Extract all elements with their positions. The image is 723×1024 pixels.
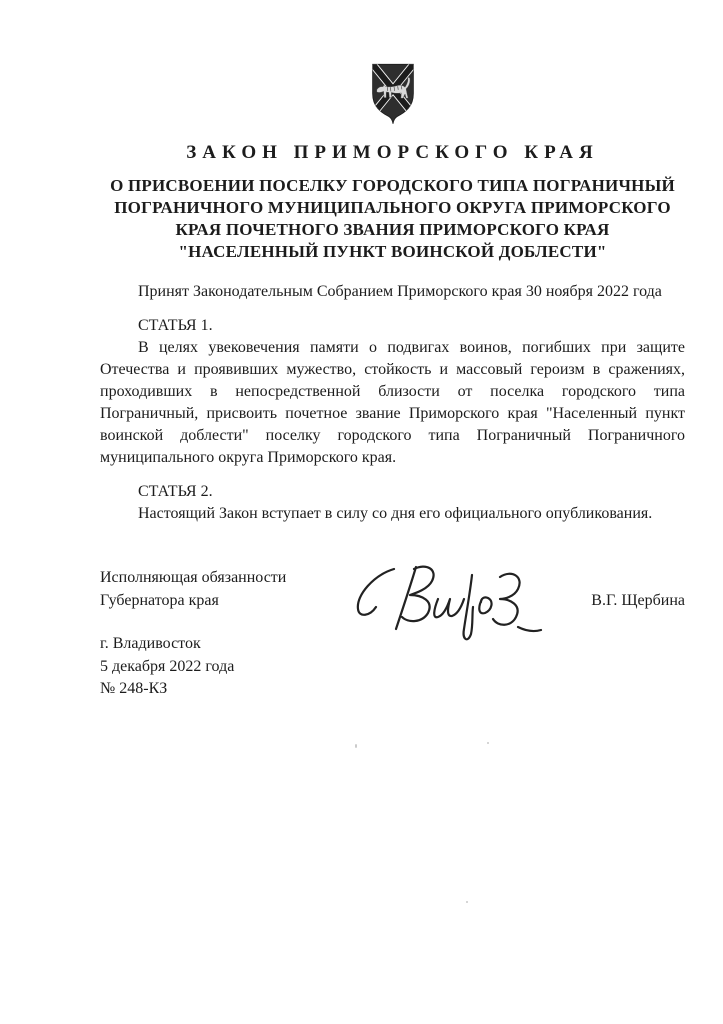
signer-position-line-1: Исполняющая обязанности [100, 566, 685, 589]
law-title: ЗАКОН ПРИМОРСКОГО КРАЯ [100, 142, 685, 164]
article-1-body: В целях увековечения памяти о подвигах в… [100, 337, 685, 469]
article-1-heading: СТАТЬЯ 1. [100, 315, 685, 337]
adoption-paragraph: Принят Законодательным Собранием Приморс… [100, 281, 685, 303]
document-content: ЗАКОН ПРИМОРСКОГО КРАЯ О ПРИСВОЕНИИ ПОСЕ… [100, 0, 685, 701]
scan-speck [355, 744, 357, 748]
law-subject-line-1: О ПРИСВОЕНИИ ПОСЕЛКУ ГОРОДСКОГО ТИПА ПОГ… [100, 175, 685, 197]
signer-name: В.Г. Щербина [591, 590, 685, 612]
scan-speck [487, 742, 489, 744]
document-footer: г. Владивосток 5 декабря 2022 года № 248… [100, 633, 685, 701]
footer-date: 5 декабря 2022 года [100, 656, 685, 679]
law-subject-line-4: "НАСЕЛЕННЫЙ ПУНКТ ВОИНСКОЙ ДОБЛЕСТИ" [100, 241, 685, 263]
law-subject-line-2: ПОГРАНИЧНОГО МУНИЦИПАЛЬНОГО ОКРУГА ПРИМО… [100, 197, 685, 219]
article-2-heading: СТАТЬЯ 2. [100, 481, 685, 503]
coat-of-arms-icon [370, 62, 416, 126]
footer-city: г. Владивосток [100, 633, 685, 656]
signature-block: Исполняющая обязанности Губернатора края… [100, 566, 685, 626]
primorsky-krai-shield [370, 62, 416, 126]
footer-number: № 248-КЗ [100, 678, 685, 701]
law-subject-line-3: КРАЯ ПОЧЕТНОГО ЗВАНИЯ ПРИМОРСКОГО КРАЯ [100, 219, 685, 241]
law-subject: О ПРИСВОЕНИИ ПОСЕЛКУ ГОРОДСКОГО ТИПА ПОГ… [100, 175, 685, 263]
scan-speck [466, 901, 468, 903]
article-2-body: Настоящий Закон вступает в силу со дня е… [100, 503, 685, 525]
scanned-law-document-page: ЗАКОН ПРИМОРСКОГО КРАЯ О ПРИСВОЕНИИ ПОСЕ… [0, 0, 723, 1024]
